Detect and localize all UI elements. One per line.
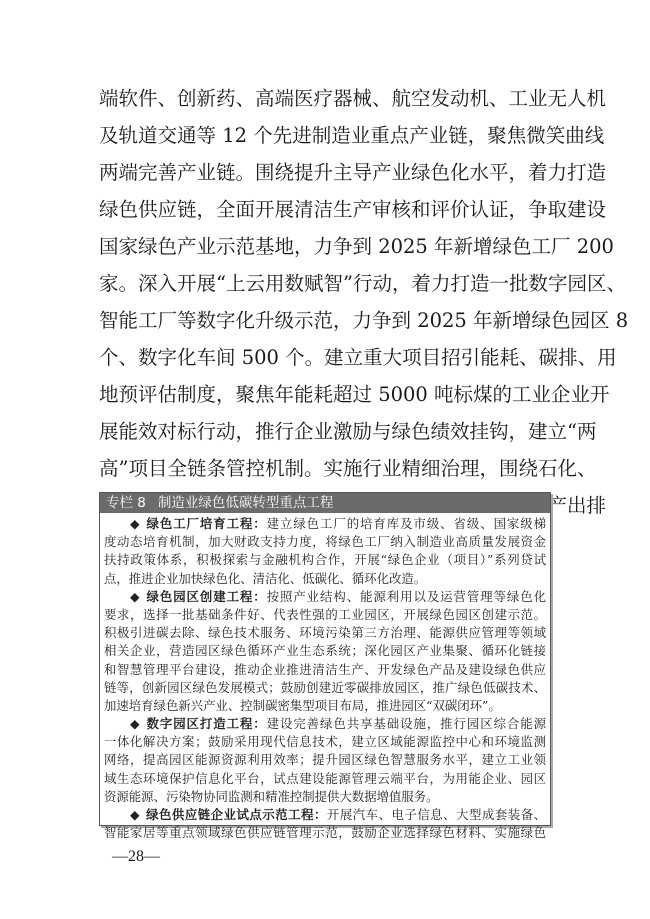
- item-text-line: 网络，提高园区能源资源利用效率；提升园区绿色智慧服务水平，建立工业领: [104, 751, 546, 769]
- text-line: 国家绿色产业示范基地，力争到 2025 年新增绿色工厂 200: [99, 228, 551, 265]
- page-number: —28—: [112, 848, 160, 866]
- box-title: 制造业绿色低碳转型重点工程: [158, 495, 334, 511]
- item-title: 数字园区打造工程：: [147, 716, 267, 731]
- text-line: 地预评估制度，聚焦年能耗超过 5000 吨标煤的工业企业开: [99, 376, 551, 413]
- box-header: 专栏 8制造业绿色低碳转型重点工程: [100, 493, 550, 513]
- box-item-green-factory: ◆绿色工厂培育工程：建立绿色工厂的培育库及市级、省级、国家级梯: [104, 515, 546, 533]
- item-text-line: 要求，选择一批基础条件好、代表性强的工业园区，开展绿色园区创建示范。: [104, 606, 546, 624]
- text-line: 家。深入开展“上云用数赋智”行动，着力打造一批数字园区、: [99, 265, 551, 302]
- item-title: 绿色供应链企业试点示范工程：: [146, 807, 327, 822]
- text-line: 展能效对标行动，推行企业激励与绿色绩效挂钩，建立“两: [99, 413, 551, 450]
- item-text-line: 度动态培育机制，加大财政支持力度，将绿色工厂纳入制造业高质量发展资金: [104, 533, 546, 551]
- item-text: 开展汽车、电子信息、大型成套装备、: [327, 807, 546, 822]
- box-item-green-supply-chain: ◆绿色供应链企业试点示范工程：开展汽车、电子信息、大型成套装备、: [104, 806, 546, 824]
- text-line: 端软件、创新药、高端医疗器械、航空发动机、工业无人机: [99, 80, 551, 117]
- item-text: 建设完善绿色共享基础设施，推行园区综合能源: [267, 716, 546, 731]
- item-text-line: 一体化解决方案；鼓励采用现代信息技术，建立区域能源监控中心和环境监测: [104, 733, 546, 751]
- diamond-bullet-icon: ◆: [130, 516, 141, 531]
- item-text-line: 域生态环境保护信息化平台，试点建设能源管理云端平台，为用能企业、园区: [104, 770, 546, 788]
- item-text-line: 和智慧管理平台建设，推动企业推进清洁生产、开发绿色产品及建设绿色供应: [104, 661, 546, 679]
- text-line: 两端完善产业链。围绕提升主导产业绿色化水平，着力打造: [99, 154, 551, 191]
- item-text-line: 链等，创新园区绿色发展模式；鼓励创建近零碳排放园区，推广绿色低碳技术、: [104, 679, 546, 697]
- item-text: 按照产业结构、能源利用以及运营管理等绿色化: [267, 589, 546, 604]
- text-line: 智能工厂等数字化升级示范，力争到 2025 年新增绿色园区 8: [99, 302, 551, 339]
- text-line: 绿色供应链，全面开展清洁生产审核和评价认证，争取建设: [99, 191, 551, 228]
- item-text-line: 点，推进企业加快绿色化、清洁化、低碳化、循环化改造。: [104, 570, 546, 588]
- text-line: 个、数字化车间 500 个。建立重大项目招引能耗、碳排、用: [99, 339, 551, 376]
- item-text-line: 智能家居等重点领域绿色供应链管理示范，鼓励企业选择绿色材料、实施绿色: [104, 824, 546, 842]
- item-text-line: 资源能源、污染物协同监测和精准控制提供大数据增值服务。: [104, 788, 546, 806]
- diamond-bullet-icon: ◆: [130, 716, 141, 731]
- item-text-line: 积极引进碳去除、绿色技术服务、环境污染第三方治理、能源供应管理等领域: [104, 624, 546, 642]
- text-line: 高”项目全链条管控机制。实施行业精细治理，围绕石化、: [99, 450, 551, 487]
- item-text-line: 相关企业，营造园区绿色循环产业生态系统；深化园区产业集聚、循环化链接: [104, 642, 546, 660]
- item-text-line: 加速培育绿色新兴产业、控制碳密集型项目布局，推进园区“双碳闭环”。: [104, 697, 546, 715]
- item-text: 建立绿色工厂的培育库及市级、省级、国家级梯: [267, 516, 546, 531]
- diamond-bullet-icon: ◆: [130, 807, 140, 822]
- item-title: 绿色园区创建工程：: [147, 589, 267, 604]
- item-title: 绿色工厂培育工程：: [147, 516, 267, 531]
- box-number: 专栏 8: [106, 495, 146, 511]
- item-text-line: 扶持政策体系，积极探索与金融机构合作，开展“绿色企业（项目）”系列贷试: [104, 551, 546, 569]
- box-item-digital-park: ◆数字园区打造工程：建设完善绿色共享基础设施，推行园区综合能源: [104, 715, 546, 733]
- box-body: ◆绿色工厂培育工程：建立绿色工厂的培育库及市级、省级、国家级梯 度动态培育机制，…: [100, 513, 550, 842]
- sidebar-box-column-8: 专栏 8制造业绿色低碳转型重点工程 ◆绿色工厂培育工程：建立绿色工厂的培育库及市…: [99, 492, 551, 826]
- text-line: 及轨道交通等 12 个先进制造业重点产业链，聚焦微笑曲线: [99, 117, 551, 154]
- main-paragraph: 端软件、创新药、高端医疗器械、航空发动机、工业无人机 及轨道交通等 12 个先进…: [99, 80, 551, 561]
- diamond-bullet-icon: ◆: [130, 589, 141, 604]
- box-item-green-park: ◆绿色园区创建工程：按照产业结构、能源利用以及运营管理等绿色化: [104, 588, 546, 606]
